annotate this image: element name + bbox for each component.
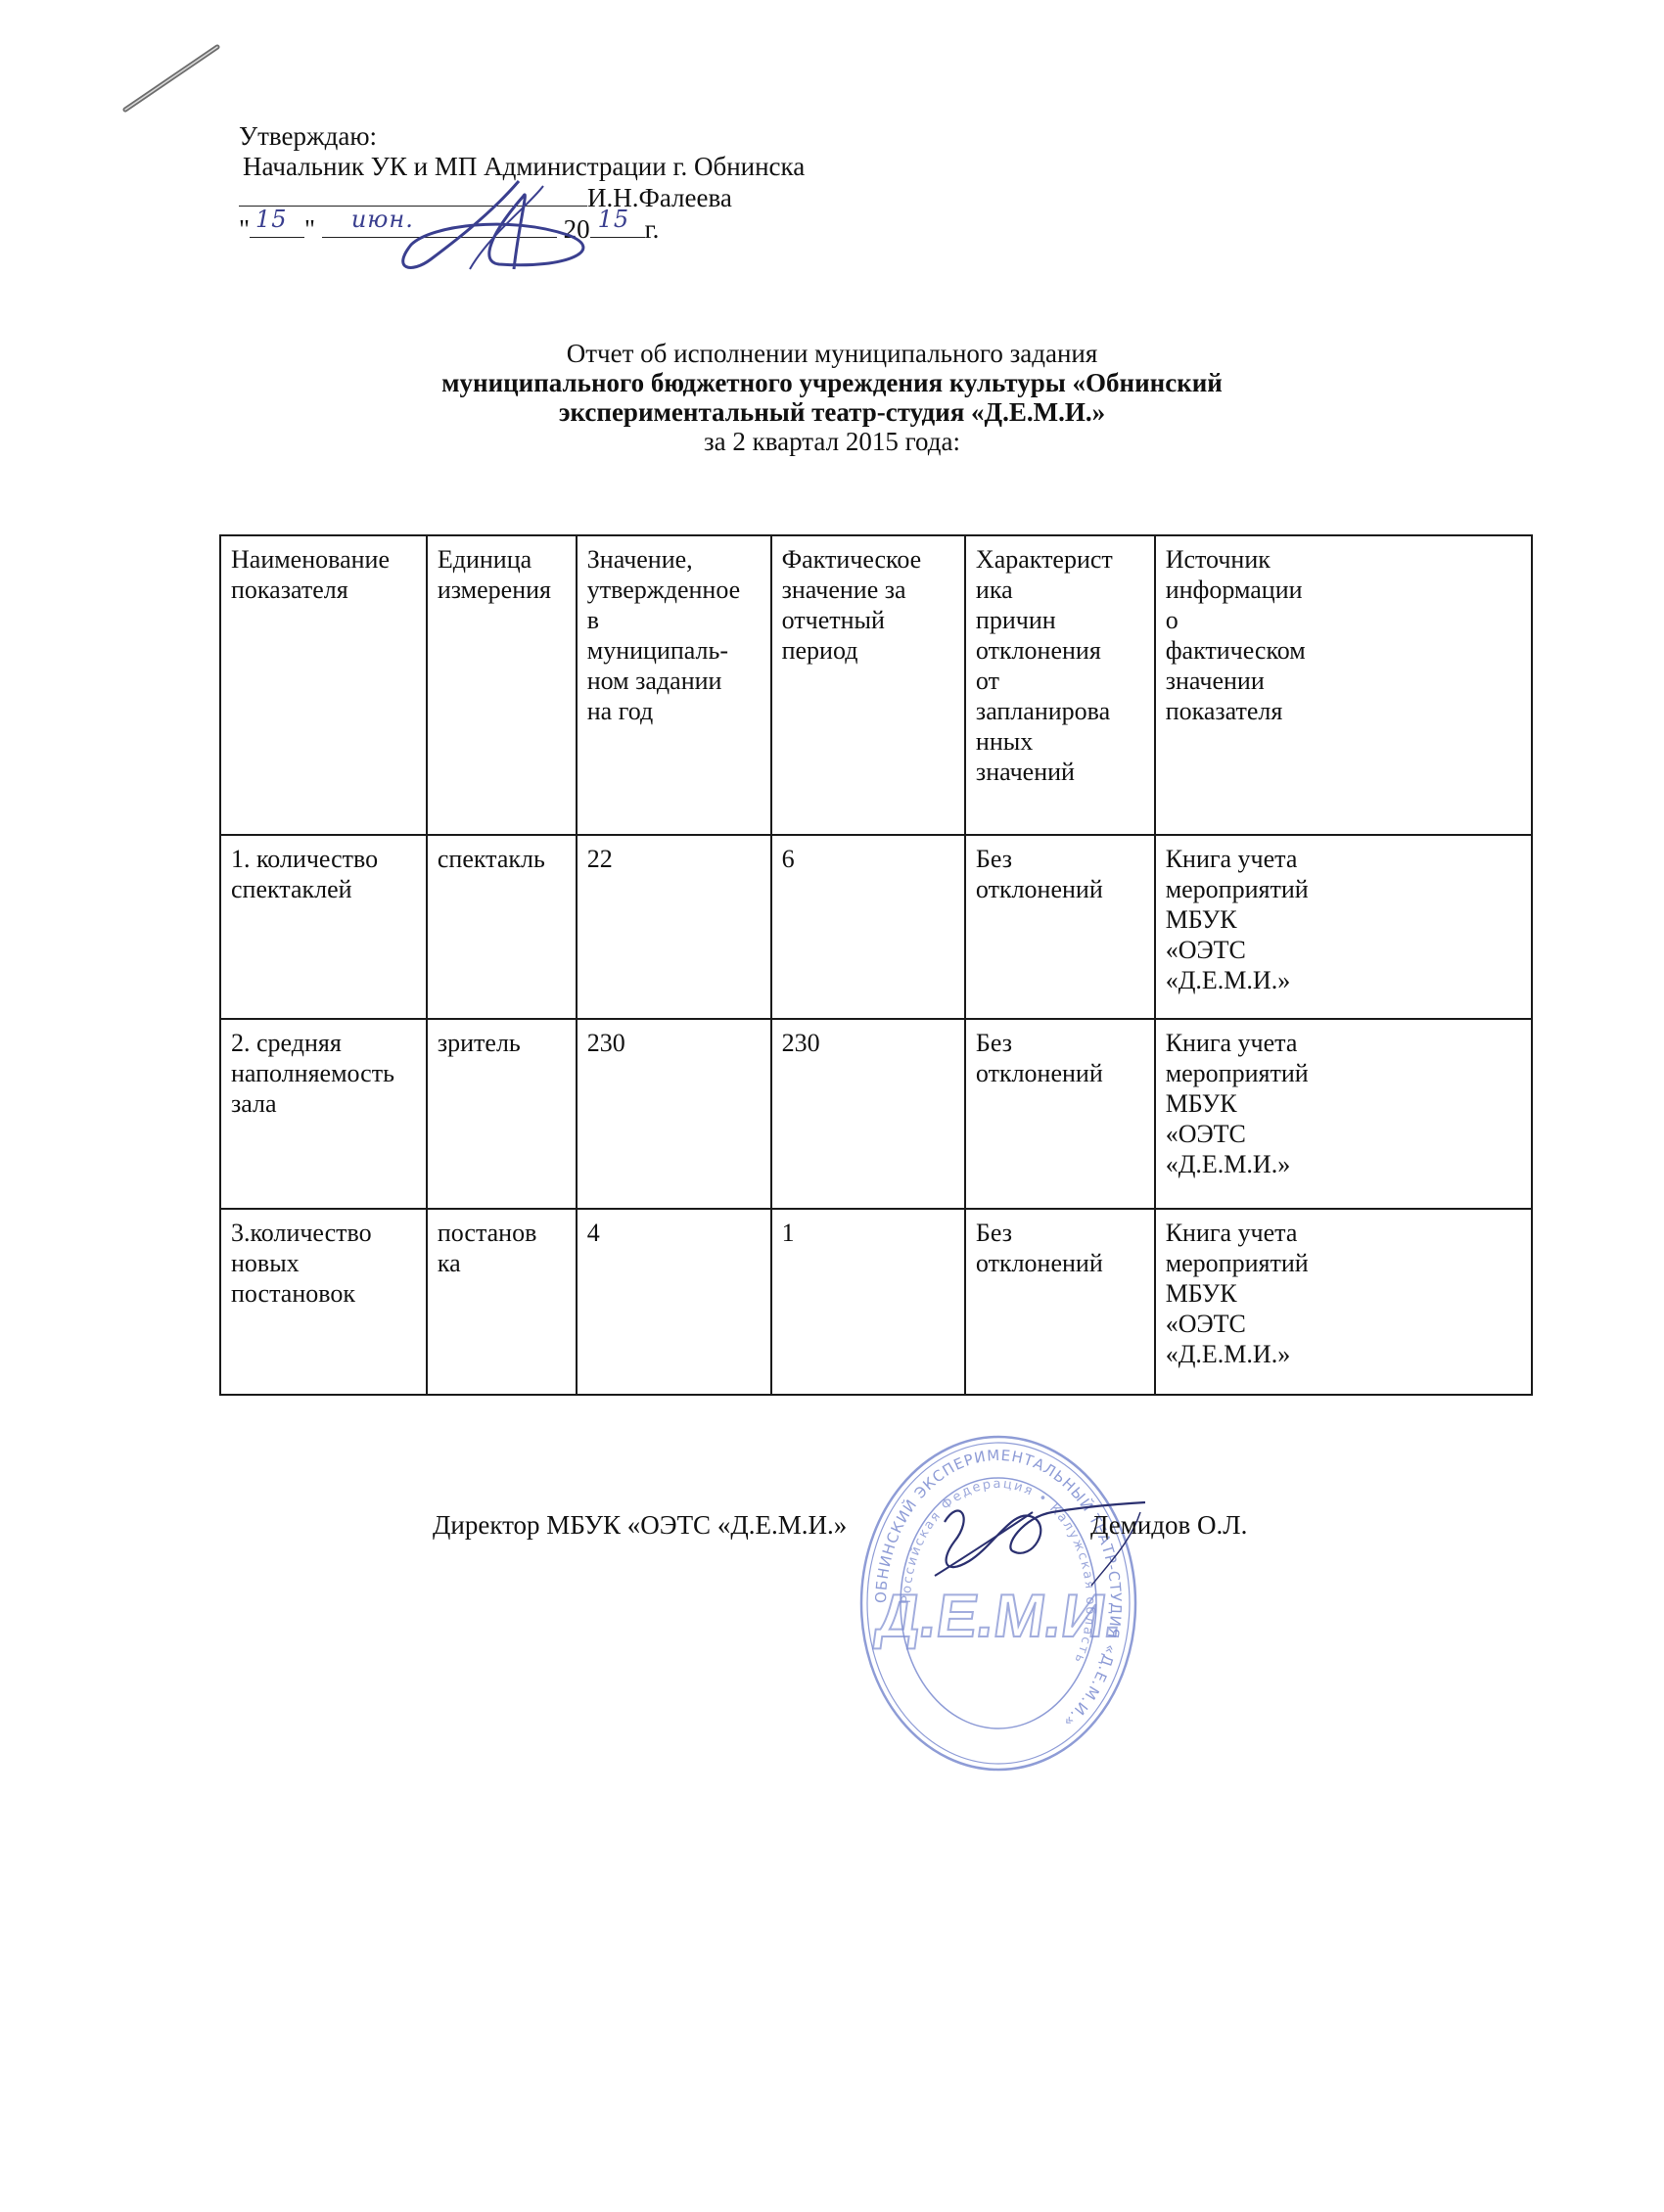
- header-source: Источник информации о фактическом значен…: [1155, 535, 1532, 835]
- cell-actual: 1: [771, 1209, 965, 1395]
- date-year-unit: г.: [645, 214, 660, 244]
- date-day: 15: [255, 205, 288, 235]
- table-row: 1. количество спектаклей спектакль 22 6 …: [220, 835, 1532, 1019]
- signature-head-icon: [372, 176, 626, 284]
- signature-director-icon: [915, 1493, 1150, 1590]
- table-row: 2. средняя наполняемость зала зритель 23…: [220, 1019, 1532, 1209]
- cell-source: Книга учета мероприятий МБУК «ОЭТС «Д.Е.…: [1155, 1019, 1532, 1209]
- cell-actual: 230: [771, 1019, 965, 1209]
- cell-unit: зритель: [427, 1019, 577, 1209]
- header-indicator: Наименование показателя: [220, 535, 427, 835]
- quote-open: ": [239, 214, 250, 244]
- director-title: Директор МБУК «ОЭТС «Д.Е.М.И.»: [433, 1510, 847, 1540]
- paperclip-mark: [117, 39, 225, 117]
- day-field: 15: [250, 213, 304, 238]
- table-row: 3.количество новых постановок постанов к…: [220, 1209, 1532, 1395]
- cell-source: Книга учета мероприятий МБУК «ОЭТС «Д.Е.…: [1155, 835, 1532, 1019]
- cell-indicator: 3.количество новых постановок: [220, 1209, 427, 1395]
- quote-close: ": [304, 214, 315, 244]
- header-actual: Фактическое значение за отчетный период: [771, 535, 965, 835]
- report-title: Отчет об исполнении муниципального задан…: [0, 339, 1664, 456]
- cell-indicator: 2. средняя наполняемость зала: [220, 1019, 427, 1209]
- cell-planned: 230: [577, 1019, 771, 1209]
- header-unit: Единица измерения: [427, 535, 577, 835]
- report-table: Наименование показателя Единица измерени…: [219, 534, 1533, 1396]
- title-line-2: муниципального бюджетного учреждения кул…: [0, 368, 1664, 397]
- header-planned: Значение, утвержденное в муниципаль- ном…: [577, 535, 771, 835]
- title-line-4: за 2 квартал 2015 года:: [0, 427, 1664, 456]
- cell-unit: спектакль: [427, 835, 577, 1019]
- header-deviation: Характерист ика причин отклонения от зап…: [965, 535, 1155, 835]
- cell-deviation: Без отклонений: [965, 1209, 1155, 1395]
- director-name: Демидов О.Л.: [1090, 1510, 1247, 1541]
- cell-indicator: 1. количество спектаклей: [220, 835, 427, 1019]
- approval-heading: Утверждаю:: [239, 121, 805, 152]
- cell-deviation: Без отклонений: [965, 835, 1155, 1019]
- cell-planned: 22: [577, 835, 771, 1019]
- cell-planned: 4: [577, 1209, 771, 1395]
- cell-source: Книга учета мероприятий МБУК «ОЭТС «Д.Е.…: [1155, 1209, 1532, 1395]
- stamp-center-text: Д.Е.М.И.: [872, 1583, 1127, 1650]
- director-signature-line: Директор МБУК «ОЭТС «Д.Е.М.И.» Демидов О…: [433, 1510, 847, 1541]
- table-header-row: Наименование показателя Единица измерени…: [220, 535, 1532, 835]
- cell-actual: 6: [771, 835, 965, 1019]
- title-line-3: экспериментальный театр-студия «Д.Е.М.И.…: [0, 397, 1664, 427]
- title-line-1: Отчет об исполнении муниципального задан…: [0, 339, 1664, 368]
- cell-deviation: Без отклонений: [965, 1019, 1155, 1209]
- organization-stamp-icon: ОБНИНСКИЙ ЭКСПЕРИМЕНТАЛЬНЫЙ ТЕАТР-СТУДИЯ…: [856, 1431, 1140, 1775]
- cell-unit: постанов ка: [427, 1209, 577, 1395]
